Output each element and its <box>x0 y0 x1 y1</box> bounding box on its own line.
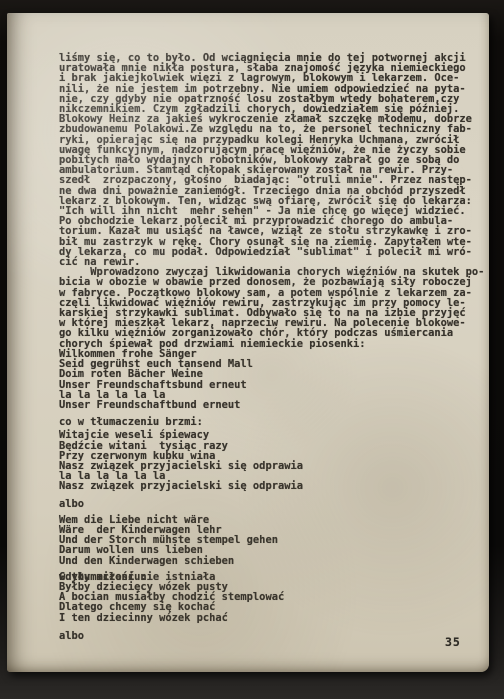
text-column: liśmy się, co to było. Od wciągnięcia mn… <box>59 53 483 641</box>
albo-separator-1: albo <box>59 499 483 509</box>
translation-intro-1: co w tłumaczeniu brzmi: <box>59 417 483 427</box>
main-paragraphs: liśmy się, co to było. Od wciągnięcia mn… <box>59 53 483 349</box>
translation-intro-2: w tłumaczeniu: <box>59 572 147 582</box>
book-page: liśmy się, co to było. Od wciągnięcia mn… <box>7 13 489 672</box>
photo-backdrop: liśmy się, co to było. Od wciągnięcia mn… <box>0 0 504 699</box>
translation-row: w tłumaczeniu: Gdyby miłość nie istniała… <box>59 572 483 623</box>
albo-separator-2: albo <box>59 631 483 641</box>
polish-translation-1: Witajcie weseli śpiewacy Będźcie witani … <box>59 430 483 491</box>
german-song-1: Wilkommen frohe Sänger Seid gegrühst euc… <box>59 349 483 410</box>
german-song-2: Wem die Liebe nicht wäre Wäre der Kinder… <box>59 515 483 566</box>
page-number: 35 <box>445 635 461 649</box>
